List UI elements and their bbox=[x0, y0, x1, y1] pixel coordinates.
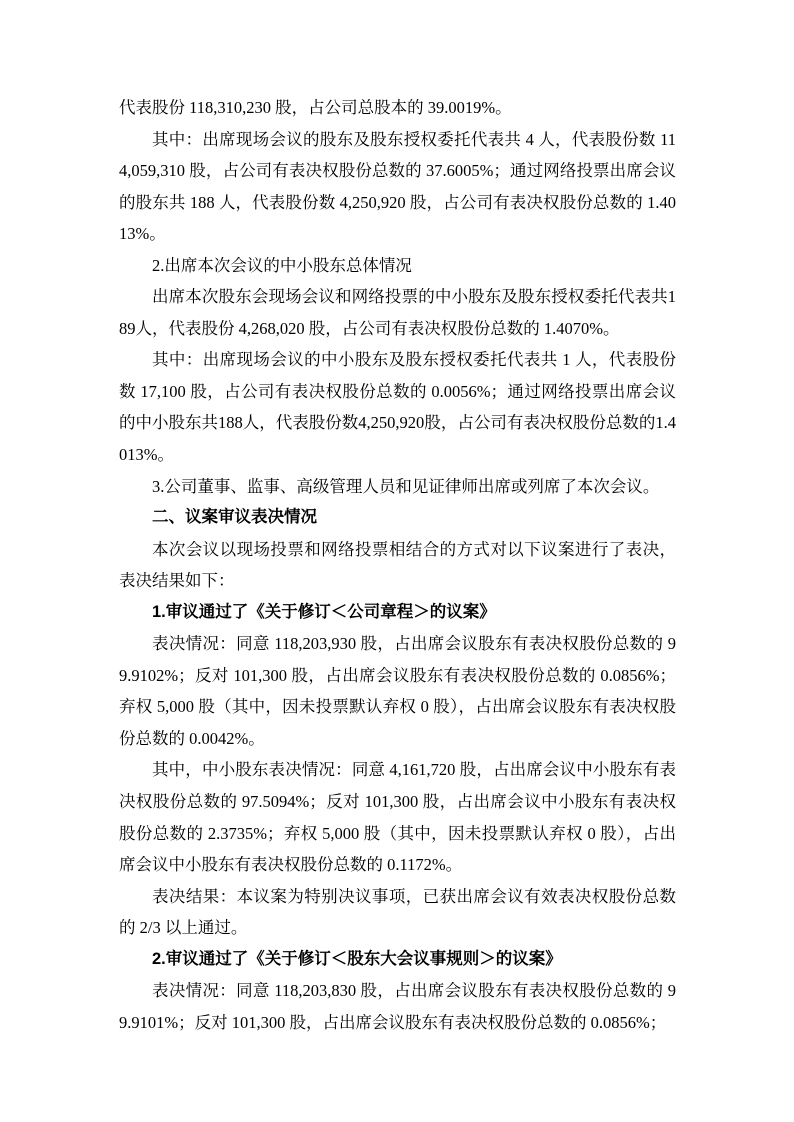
document-body: 代表股份 118,310,230 股，占公司总股本的 39.0019%。其中：出… bbox=[119, 92, 676, 1038]
paragraph: 2.出席本次会议的中小股东总体情况 bbox=[119, 250, 676, 282]
section-heading: 1.审议通过了《关于修订＜公司章程＞的议案》 bbox=[119, 597, 676, 629]
section-heading: 二、议案审议表决情况 bbox=[119, 502, 676, 534]
paragraph: 其中：出席现场会议的股东及股东授权委托代表共 4 人，代表股份数 114,059… bbox=[119, 124, 676, 250]
document-page: 代表股份 118,310,230 股，占公司总股本的 39.0019%。其中：出… bbox=[0, 0, 794, 1122]
paragraph: 其中，中小股东表决情况：同意 4,161,720 股，占出席会议中小股东有表决权… bbox=[119, 754, 676, 880]
paragraph: 代表股份 118,310,230 股，占公司总股本的 39.0019%。 bbox=[119, 92, 676, 124]
paragraph: 表决情况：同意 118,203,930 股，占出席会议股东有表决权股份总数的 9… bbox=[119, 628, 676, 754]
paragraph: 其中：出席现场会议的中小股东及股东授权委托代表共 1 人，代表股份数 17,10… bbox=[119, 344, 676, 470]
paragraph: 表决情况：同意 118,203,830 股，占出席会议股东有表决权股份总数的 9… bbox=[119, 975, 676, 1038]
paragraph: 表决结果：本议案为特别决议事项，已获出席会议有效表决权股份总数的 2/3 以上通… bbox=[119, 881, 676, 944]
section-heading: 2.审议通过了《关于修订＜股东大会议事规则＞的议案》 bbox=[119, 944, 676, 976]
paragraph: 3.公司董事、监事、高级管理人员和见证律师出席或列席了本次会议。 bbox=[119, 471, 676, 503]
paragraph: 本次会议以现场投票和网络投票相结合的方式对以下议案进行了表决，表决结果如下： bbox=[119, 534, 676, 597]
paragraph: 出席本次股东会现场会议和网络投票的中小股东及股东授权委托代表共189人，代表股份… bbox=[119, 281, 676, 344]
